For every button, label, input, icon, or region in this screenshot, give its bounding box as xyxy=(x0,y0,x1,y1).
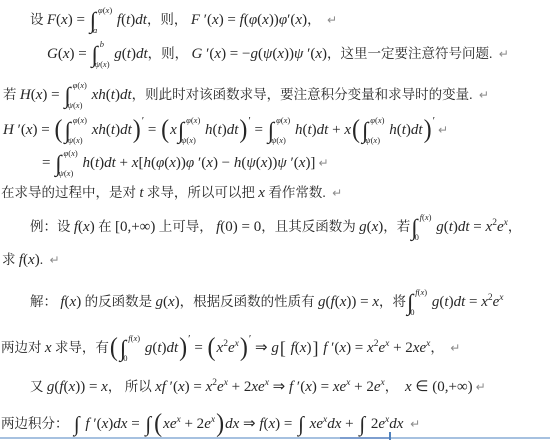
math-run: x ∈ (0,+∞) xyxy=(405,379,473,395)
paragraph-return-mark: ↵ xyxy=(438,123,448,137)
paragraph-return-mark: ↵ xyxy=(450,341,460,355)
upper-limit: φ(x) xyxy=(98,6,112,15)
text-run: 求导，所以可以把 xyxy=(144,185,259,200)
table-border-tick xyxy=(389,432,391,440)
text-run: ，根据反函数的性质有 xyxy=(180,294,318,309)
math-run: e xyxy=(217,379,224,395)
upper-limit: φ(x) xyxy=(186,116,200,125)
math-run: g(x) xyxy=(359,219,383,235)
math-run: ⇒ f ′(x) = xe xyxy=(269,379,346,395)
integral-sign: ∫ xyxy=(145,414,151,435)
paragraph-return-mark: ↵ xyxy=(476,380,486,394)
big-delimiter: ) xyxy=(133,117,141,143)
math-run: [0,+∞) xyxy=(115,219,155,235)
table-border-bottom xyxy=(0,437,550,439)
superscript: x xyxy=(385,415,389,425)
text-run: 设 xyxy=(30,12,47,27)
math-run: f(x) xyxy=(287,340,312,356)
math-run: = xyxy=(191,340,207,356)
line-H-definition: 若 H(x) = ∫φ(x)ψ(x) xh(t)dt，则此时对该函数求导，要注意… xyxy=(3,79,489,111)
text-run: ， xyxy=(430,340,447,355)
superscript: 2 xyxy=(492,218,497,228)
integral-limits: φ(x)ψ(x) xyxy=(71,81,87,109)
big-delimiter: ) xyxy=(239,117,247,143)
text-run: ，且其反函数为 xyxy=(261,219,359,234)
integral-with-limits: ∫φ(x)ψ(x) xyxy=(65,116,87,144)
math-run: f(x) xyxy=(19,252,40,268)
math-run: g(x) xyxy=(155,294,179,310)
big-delimiter: ) xyxy=(240,335,248,361)
math-run: = xyxy=(251,122,267,138)
upper-limit: φ(x) xyxy=(370,116,384,125)
upper-limit: φ(x) xyxy=(73,116,87,125)
math-run: h(t)dt + x[h(φ(x))φ ′(x) − h(ψ(x))ψ ′(x)… xyxy=(79,155,316,171)
text-run: ，将 xyxy=(379,294,406,309)
text-run: . xyxy=(40,252,47,267)
line-solve-f-prime: 又 g(f(x)) = x， 所以 xf ′(x) = x2ex + 2xex … xyxy=(30,375,486,401)
math-run: + 2xe xyxy=(389,340,426,356)
math-run: H ′(x) = xyxy=(3,122,54,138)
paragraph-return-mark: ↵ xyxy=(499,47,509,61)
math-run: h(t)dt + x xyxy=(291,122,351,138)
text-run: ， 所以 xyxy=(108,379,155,394)
paragraph-return-mark: ↵ xyxy=(327,13,337,27)
text-run: 两边对 xyxy=(1,340,45,355)
math-run: G ′(x) = −g(ψ(x))ψ ′(x) xyxy=(192,46,328,62)
line-example-statement-wrap: 求 f(x). ↵ xyxy=(2,250,60,270)
integral-limits: f(x)0 xyxy=(418,213,432,241)
math-run: = xyxy=(144,122,160,138)
superscript: 2 xyxy=(223,339,228,349)
upper-limit: φ(x) xyxy=(73,81,87,90)
integral-with-limits: ∫φ(x)a xyxy=(90,6,112,34)
text-run: 看作常数. xyxy=(265,185,329,200)
integral-limits: φ(x)a xyxy=(96,6,112,34)
lower-limit: ψ(x) xyxy=(271,136,290,145)
integral-limits: φ(x)ψ(x) xyxy=(274,116,290,144)
math-run: dx ⇒ f(x) = xyxy=(225,416,296,432)
superscript: x xyxy=(385,339,389,349)
big-delimiter: ( xyxy=(110,335,118,361)
superscript: 2 xyxy=(374,339,379,349)
math-run: f ′(x) = x xyxy=(319,340,373,356)
integral-with-limits: ∫f(x)0 xyxy=(407,288,427,316)
integral-limits: φ(x)ψ(x) xyxy=(62,149,78,177)
text-run: ，这里一定要注意符号问题. xyxy=(327,46,496,61)
big-delimiter: ( xyxy=(161,117,169,143)
lower-limit: a xyxy=(93,26,112,35)
big-delimiter: ( xyxy=(154,411,162,437)
math-run: xe xyxy=(306,416,323,432)
text-run: ，则， xyxy=(148,46,192,61)
math-run: = xyxy=(42,155,54,171)
integral-with-limits: ∫f(x)0 xyxy=(411,213,431,241)
integral-limits: bψ(x) xyxy=(98,40,110,68)
math-run: f(0) = 0 xyxy=(216,219,261,235)
integral-with-limits: ∫φ(x)ψ(x) xyxy=(362,116,384,144)
superscript: x xyxy=(265,378,269,388)
math-run: 2e xyxy=(367,416,385,432)
text-run: ，若 xyxy=(383,219,410,234)
math-run: xf ′(x) = x xyxy=(155,379,212,395)
math-run: dx xyxy=(389,416,407,432)
lower-limit: ψ(x) xyxy=(68,101,87,110)
upper-limit: f(x) xyxy=(415,288,427,297)
line-remark-constant: 在求导的过程中，是对 t 求导，所以可以把 x 看作常数. ↵ xyxy=(1,183,342,203)
upper-limit: f(x) xyxy=(128,334,140,343)
superscript: x xyxy=(211,415,215,425)
big-delimiter: ( xyxy=(55,117,63,143)
math-run: f(t)dt xyxy=(113,12,147,28)
big-delimiter: ) xyxy=(179,335,187,361)
prime-mark: ′ xyxy=(249,333,251,345)
math-run: f ′(x)dx = xyxy=(82,416,144,432)
math-run: ⇒ g xyxy=(251,340,279,356)
superscript: x xyxy=(504,218,508,228)
math-run: xh(t)dt xyxy=(88,122,132,138)
text-run: 的反函数是 xyxy=(81,294,155,309)
math-run: dx + xyxy=(327,416,357,432)
superscript: x xyxy=(381,378,385,388)
line-differentiate-both-sides: 两边对 x 求导，有(∫f(x)0 g(t)dt)′ = (x2ex)′ ⇒ g… xyxy=(1,331,460,367)
big-delimiter: ( xyxy=(208,335,216,361)
document-page: 设 F(x) = ∫φ(x)a f(t)dt，则， F ′(x) = f(φ(x… xyxy=(0,0,550,441)
integral-sign: ∫ xyxy=(74,414,80,435)
math-run: + 2xe xyxy=(228,379,265,395)
paragraph-return-mark: ↵ xyxy=(410,417,420,431)
lower-limit: 0 xyxy=(123,354,140,363)
integral-with-limits: ∫bψ(x) xyxy=(91,40,109,68)
integral-with-limits: ∫φ(x)ψ(x) xyxy=(64,81,86,109)
line-H-derivative-step2: = ∫φ(x)ψ(x) h(t)dt + x[h(φ(x))φ ′(x) − h… xyxy=(42,147,329,179)
text-run: 解： xyxy=(30,294,60,309)
line-H-derivative-step1: H ′(x) = (∫φ(x)ψ(x) xh(t)dt)′ = (x∫φ(x)ψ… xyxy=(3,113,448,148)
prime-mark: ′ xyxy=(188,333,190,345)
math-run: g(t)dt = x xyxy=(432,219,492,235)
lower-limit: ψ(x) xyxy=(365,136,384,145)
bracket-delimiter: [ xyxy=(280,339,286,357)
line-solution-start: 解： f(x) 的反函数是 g(x)，根据反函数的性质有 g(f(x)) = x… xyxy=(30,286,504,320)
table-border-bottom-dark-segment xyxy=(340,437,390,439)
math-run: g(f(x)) = x xyxy=(318,294,379,310)
integral-limits: φ(x)ψ(x) xyxy=(184,116,200,144)
math-run: e xyxy=(497,219,504,235)
upper-limit: φ(x) xyxy=(64,149,78,158)
superscript: x xyxy=(426,339,430,349)
big-delimiter: ) xyxy=(216,411,224,437)
upper-limit: b xyxy=(100,40,110,49)
math-run: + 2e xyxy=(350,379,380,395)
superscript: x xyxy=(224,378,228,388)
integral-sign: ∫ xyxy=(298,414,304,435)
math-run: g(t)dt xyxy=(141,340,178,356)
math-run: e xyxy=(228,340,235,356)
integral-limits: φ(x)ψ(x) xyxy=(368,116,384,144)
lower-limit: ψ(x) xyxy=(95,60,110,69)
lower-limit: 0 xyxy=(410,308,427,317)
paragraph-return-mark: ↵ xyxy=(479,88,489,102)
prime-mark: ′ xyxy=(248,115,250,127)
text-run: ， xyxy=(508,219,522,234)
math-run: g(t)dt = x xyxy=(428,294,488,310)
text-run: 例：设 xyxy=(30,219,74,234)
math-run: xe xyxy=(163,416,176,432)
paragraph-return-mark: ↵ xyxy=(49,253,59,267)
math-run: G(x) = xyxy=(47,46,90,62)
line-F-definition: 设 F(x) = ∫φ(x)a f(t)dt，则， F ′(x) = f(φ(x… xyxy=(30,4,337,36)
superscript: x xyxy=(323,415,327,425)
integral-limits: f(x)0 xyxy=(413,288,427,316)
paragraph-return-mark: ↵ xyxy=(332,186,342,200)
text-run: 上可导， xyxy=(155,219,216,234)
text-run: ，则， xyxy=(147,12,191,27)
math-run: h(t)dt xyxy=(385,122,422,138)
integral-with-limits: ∫f(x)0 xyxy=(120,334,140,362)
text-run: 两边积分： xyxy=(1,416,72,431)
superscript: x xyxy=(235,339,239,349)
superscript: 2 xyxy=(488,293,493,303)
integral-with-limits: ∫φ(x)ψ(x) xyxy=(268,116,290,144)
lower-limit: ψ(x) xyxy=(68,136,87,145)
text-run: ，则此时对该函数求导，要注意积分变量和求导时的变量. xyxy=(132,87,476,102)
text-run: 又 xyxy=(30,379,47,394)
text-run: 若 xyxy=(3,87,20,102)
math-run: f(x) xyxy=(60,294,81,310)
math-run: x xyxy=(170,122,177,138)
superscript: 2 xyxy=(212,378,217,388)
text-run: 求导，有 xyxy=(52,340,109,355)
paragraph-return-mark: ↵ xyxy=(318,156,328,170)
math-run: g(f(x)) = x xyxy=(47,379,108,395)
upper-limit: f(x) xyxy=(420,213,432,222)
line-example-statement: 例：设 f(x) 在 [0,+∞) 上可导， f(0) = 0，且其反函数为 g… xyxy=(30,211,521,245)
math-run: xh(t)dt xyxy=(88,87,132,103)
big-delimiter: ) xyxy=(424,117,432,143)
prime-mark: ′ xyxy=(142,115,144,127)
integral-limits: f(x)0 xyxy=(126,334,140,362)
prime-mark: ′ xyxy=(433,115,435,127)
integral-sign: ∫ xyxy=(359,414,365,435)
lower-limit: ψ(x) xyxy=(181,136,200,145)
integral-with-limits: ∫φ(x)ψ(x) xyxy=(55,149,77,177)
superscript: x xyxy=(499,293,503,303)
integral-with-limits: ∫φ(x)ψ(x) xyxy=(178,116,200,144)
math-run: H(x) = xyxy=(20,87,63,103)
math-run: F ′(x) = f(φ(x))φ′(x) xyxy=(191,12,307,28)
upper-limit: φ(x) xyxy=(276,116,290,125)
math-run: F(x) = xyxy=(47,12,89,28)
line-G-definition: G(x) = ∫bψ(x) g(t)dt，则， G ′(x) = −g(ψ(x)… xyxy=(47,38,509,70)
big-delimiter: ( xyxy=(352,117,360,143)
superscript: x xyxy=(346,378,350,388)
text-run: ， xyxy=(385,379,405,394)
math-run: + 2e xyxy=(181,416,211,432)
math-run: h(t)dt xyxy=(201,122,238,138)
text-run: 在求导的过程中，是对 xyxy=(1,185,139,200)
math-run: x xyxy=(45,340,52,356)
math-run: f(x) xyxy=(74,219,95,235)
text-run: 求 xyxy=(2,252,19,267)
math-run: g(t)dt xyxy=(111,46,148,62)
bracket-delimiter: ] xyxy=(312,339,318,357)
integral-limits: φ(x)ψ(x) xyxy=(71,116,87,144)
lower-limit: 0 xyxy=(415,233,432,242)
text-run: ， xyxy=(307,12,324,27)
math-run: x xyxy=(258,185,265,201)
superscript: x xyxy=(177,415,181,425)
lower-limit: ψ(x) xyxy=(59,169,78,178)
text-run: 在 xyxy=(95,219,115,234)
